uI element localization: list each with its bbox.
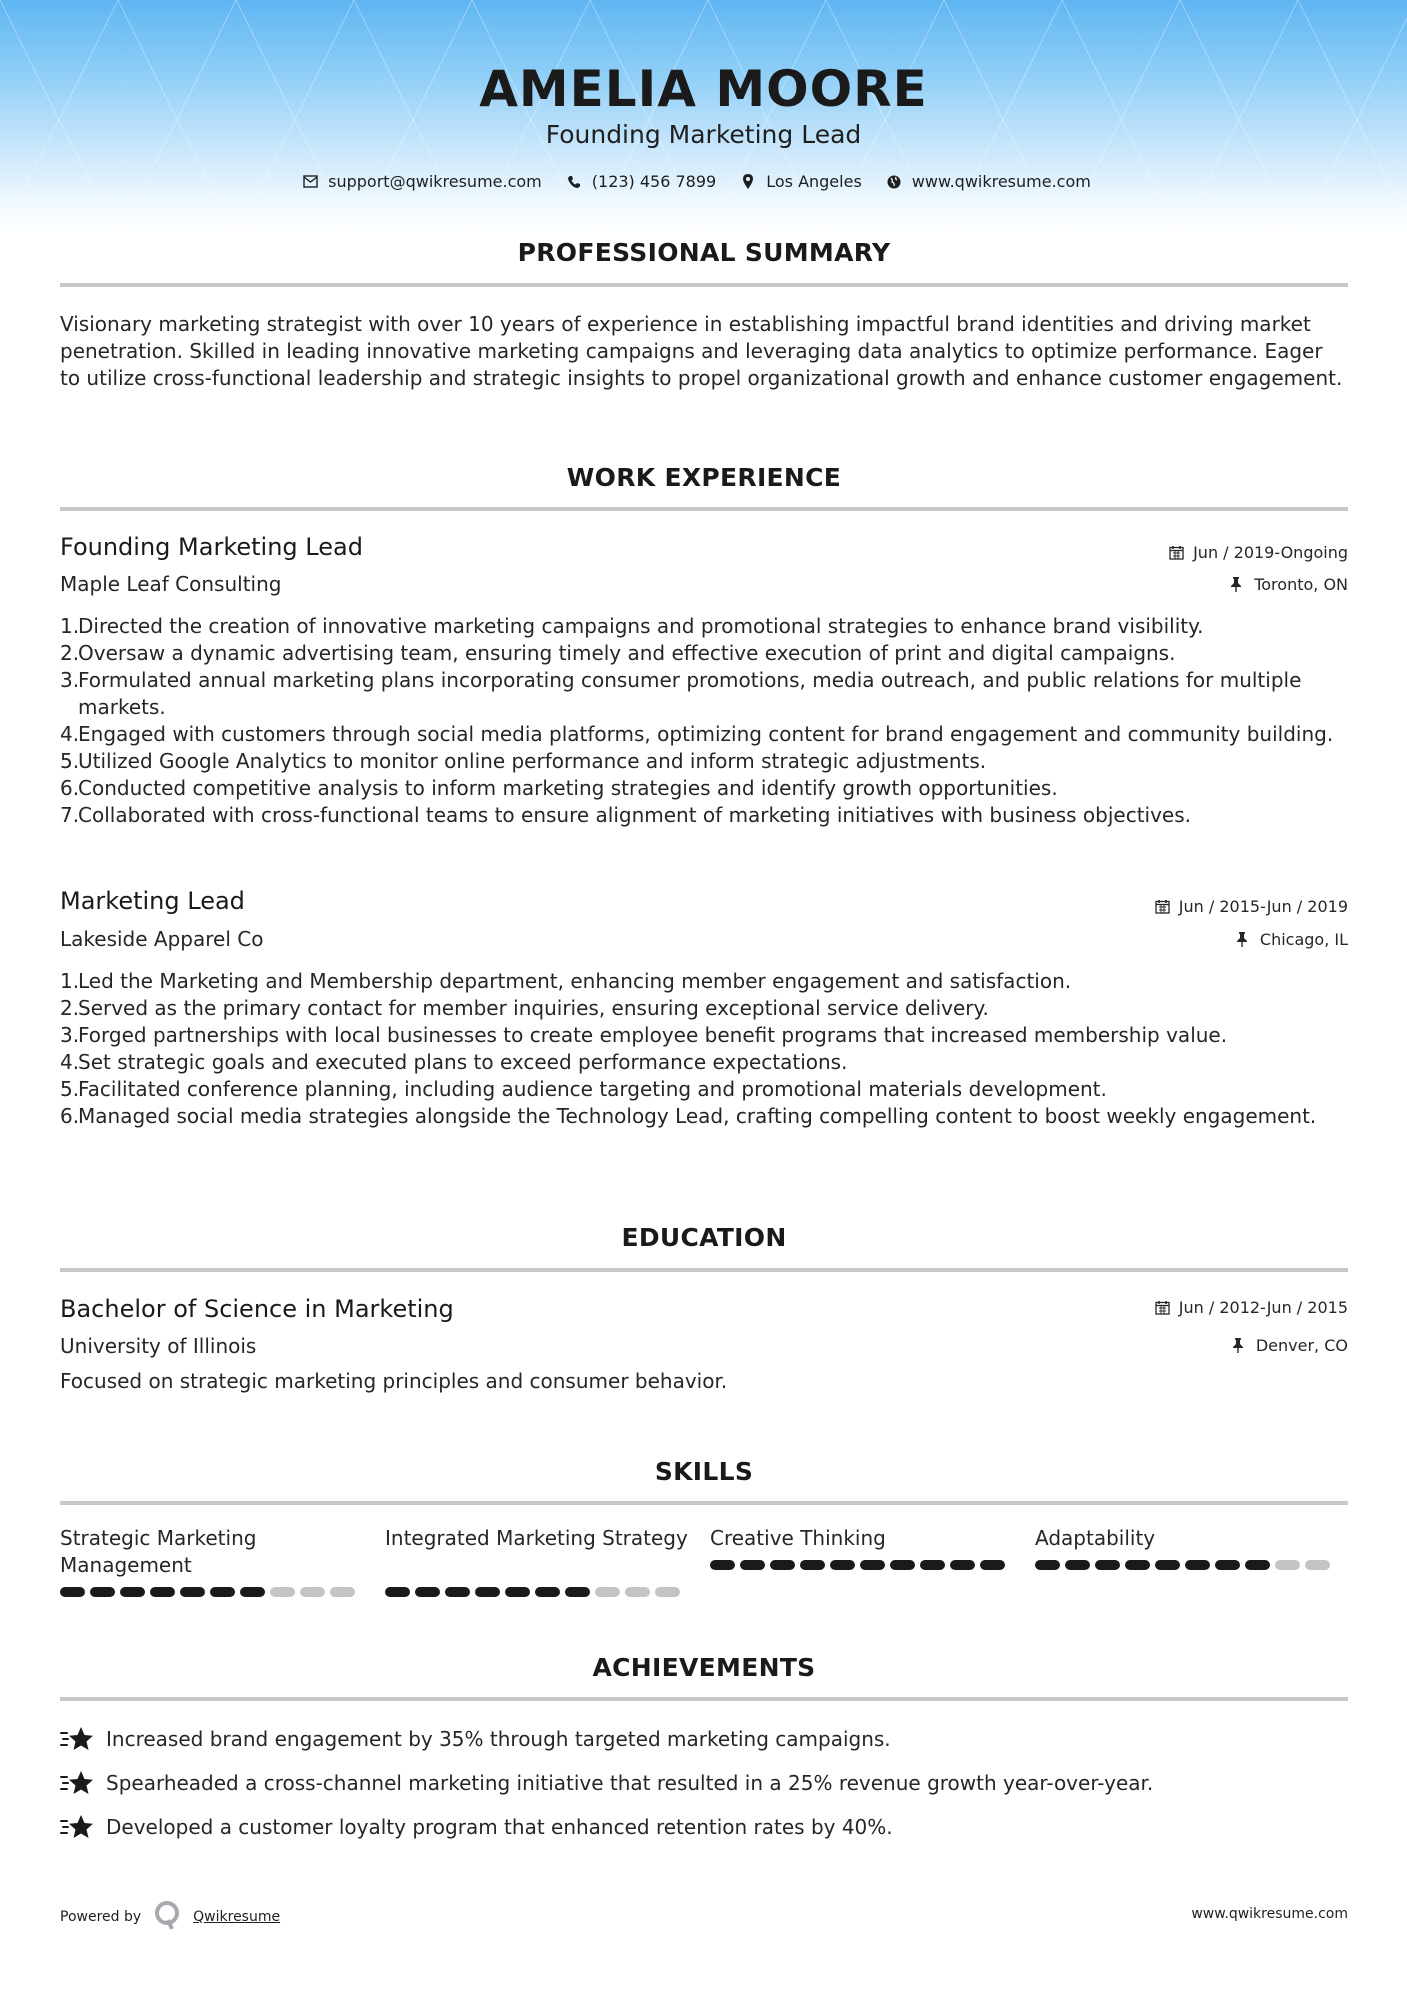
item-text: Engaged with customers through social me… bbox=[78, 722, 1333, 746]
rating-dot bbox=[445, 1587, 470, 1597]
rating-dot bbox=[150, 1587, 175, 1597]
rating-dot bbox=[890, 1560, 915, 1570]
skill-name: Integrated Marketing Strategy bbox=[385, 1525, 710, 1579]
candidate-name: AMELIA MOORE bbox=[0, 60, 1407, 118]
item-text: Directed the creation of innovative mark… bbox=[78, 614, 1203, 638]
rating-dot bbox=[505, 1587, 530, 1597]
item-number: 2. bbox=[60, 640, 79, 667]
company-name: Lakeside Apparel Co bbox=[60, 927, 263, 951]
envelope-icon bbox=[302, 174, 318, 190]
section-title-summary: PROFESSIONAL SUMMARY bbox=[60, 238, 1348, 267]
item-number: 4. bbox=[60, 1049, 79, 1076]
section-divider bbox=[60, 1501, 1348, 1505]
responsibility-item: 3.Formulated annual marketing plans inco… bbox=[60, 667, 1348, 721]
item-number: 3. bbox=[60, 1022, 79, 1049]
section-title-education: EDUCATION bbox=[60, 1223, 1348, 1252]
responsibility-item: 7.Collaborated with cross-functional tea… bbox=[60, 802, 1348, 829]
education-location: Denver, CO bbox=[1232, 1336, 1348, 1355]
contact-phone[interactable]: (123) 456 7899 bbox=[566, 172, 716, 191]
rating-dot bbox=[595, 1587, 620, 1597]
rating-dot bbox=[120, 1587, 145, 1597]
company-name: Maple Leaf Consulting bbox=[60, 572, 281, 596]
responsibility-item: 6.Managed social media strategies alongs… bbox=[60, 1103, 1348, 1130]
section-divider bbox=[60, 283, 1348, 287]
rating-dot bbox=[920, 1560, 945, 1570]
rating-dot bbox=[90, 1587, 115, 1597]
item-text: Oversaw a dynamic advertising team, ensu… bbox=[78, 641, 1175, 665]
job-title: Founding Marketing Lead bbox=[60, 533, 363, 561]
rating-dot bbox=[1215, 1560, 1240, 1570]
skill-rating bbox=[1035, 1560, 1360, 1570]
rating-dot bbox=[1095, 1560, 1120, 1570]
rating-dot bbox=[950, 1560, 975, 1570]
responsibility-item: 5.Facilitated conference planning, inclu… bbox=[60, 1076, 1348, 1103]
pushpin-icon bbox=[1230, 577, 1246, 593]
job-dates: Jun / 2015-Jun / 2019 bbox=[1155, 897, 1348, 916]
section-divider bbox=[60, 507, 1348, 511]
skill-item: Adaptability bbox=[1035, 1525, 1360, 1597]
skill-item: Strategic Marketing Management bbox=[60, 1525, 385, 1597]
item-text: Managed social media strategies alongsid… bbox=[78, 1104, 1316, 1128]
map-marker-icon bbox=[740, 174, 756, 190]
rating-dot bbox=[860, 1560, 885, 1570]
item-text: Led the Marketing and Membership departm… bbox=[78, 969, 1071, 993]
item-text: Formulated annual marketing plans incorp… bbox=[78, 668, 1301, 719]
skills-list: Strategic Marketing Management Integrate… bbox=[60, 1525, 1360, 1597]
item-text: Forged partnerships with local businesse… bbox=[78, 1023, 1227, 1047]
responsibility-item: 2.Oversaw a dynamic advertising team, en… bbox=[60, 640, 1348, 667]
skill-rating bbox=[385, 1587, 710, 1597]
rating-dot bbox=[300, 1587, 325, 1597]
globe-icon bbox=[886, 174, 902, 190]
phone-icon bbox=[566, 174, 582, 190]
item-number: 2. bbox=[60, 995, 79, 1022]
education-dates: Jun / 2012-Jun / 2015 bbox=[1155, 1298, 1348, 1317]
item-text: Set strategic goals and executed plans t… bbox=[78, 1050, 847, 1074]
skill-name: Strategic Marketing Management bbox=[60, 1525, 385, 1579]
rating-dot bbox=[475, 1587, 500, 1597]
skill-rating bbox=[60, 1587, 385, 1597]
qwikresume-logo-icon bbox=[153, 1900, 181, 1934]
job-location: Toronto, ON bbox=[1230, 575, 1348, 594]
education-location-text: Denver, CO bbox=[1256, 1336, 1348, 1355]
resume-header: AMELIA MOORE Founding Marketing Lead sup… bbox=[0, 0, 1407, 235]
job-dates-text: Jun / 2015-Jun / 2019 bbox=[1179, 897, 1348, 916]
item-number: 6. bbox=[60, 1103, 79, 1130]
job-location-text: Chicago, IL bbox=[1260, 930, 1348, 949]
achievement-item: Developed a customer loyalty program tha… bbox=[60, 1812, 1348, 1842]
contact-website-text: www.qwikresume.com bbox=[912, 172, 1091, 191]
rating-dot bbox=[1305, 1560, 1330, 1570]
degree-title: Bachelor of Science in Marketing bbox=[60, 1295, 454, 1323]
rating-dot bbox=[1275, 1560, 1300, 1570]
footer-branding: Powered by Qwikresume bbox=[60, 1900, 280, 1934]
job-dates-text: Jun / 2019-Ongoing bbox=[1193, 543, 1348, 562]
rating-dot bbox=[710, 1560, 735, 1570]
rating-dot bbox=[740, 1560, 765, 1570]
section-divider bbox=[60, 1697, 1348, 1701]
item-text: Facilitated conference planning, includi… bbox=[78, 1077, 1107, 1101]
job-location: Chicago, IL bbox=[1236, 930, 1348, 949]
responsibility-item: 1.Led the Marketing and Membership depar… bbox=[60, 968, 1348, 995]
job-location-text: Toronto, ON bbox=[1254, 575, 1348, 594]
summary-text: Visionary marketing strategist with over… bbox=[60, 311, 1348, 392]
rating-dot bbox=[830, 1560, 855, 1570]
job-dates: Jun / 2019-Ongoing bbox=[1169, 543, 1348, 562]
contact-email-text: support@qwikresume.com bbox=[328, 172, 542, 191]
rating-dot bbox=[210, 1587, 235, 1597]
footer-website[interactable]: www.qwikresume.com bbox=[1191, 1906, 1348, 1922]
section-title-experience: WORK EXPERIENCE bbox=[60, 463, 1348, 492]
section-divider bbox=[60, 1268, 1348, 1272]
achievement-text: Developed a customer loyalty program tha… bbox=[106, 1815, 893, 1839]
pushpin-icon bbox=[1236, 932, 1252, 948]
qwikresume-link[interactable]: Qwikresume bbox=[193, 1909, 280, 1925]
item-number: 5. bbox=[60, 1076, 79, 1103]
shooting-star-icon bbox=[60, 1812, 94, 1842]
job-title: Marketing Lead bbox=[60, 887, 245, 915]
rating-dot bbox=[535, 1587, 560, 1597]
achievement-item: Spearheaded a cross-channel marketing in… bbox=[60, 1768, 1348, 1798]
powered-by-label: Powered by bbox=[60, 1909, 141, 1925]
skill-item: Integrated Marketing Strategy bbox=[385, 1525, 710, 1597]
item-number: 3. bbox=[60, 667, 79, 694]
item-text: Served as the primary contact for member… bbox=[78, 996, 989, 1020]
item-number: 6. bbox=[60, 775, 79, 802]
rating-dot bbox=[415, 1587, 440, 1597]
rating-dot bbox=[800, 1560, 825, 1570]
achievement-text: Increased brand engagement by 35% throug… bbox=[106, 1727, 891, 1751]
rating-dot bbox=[655, 1587, 680, 1597]
contact-website[interactable]: www.qwikresume.com bbox=[886, 172, 1091, 191]
item-number: 1. bbox=[60, 613, 79, 640]
rating-dot bbox=[1125, 1560, 1150, 1570]
job-responsibilities: 1.Led the Marketing and Membership depar… bbox=[60, 968, 1348, 1130]
rating-dot bbox=[565, 1587, 590, 1597]
rating-dot bbox=[1155, 1560, 1180, 1570]
school-name: University of Illinois bbox=[60, 1334, 256, 1358]
job-responsibilities: 1.Directed the creation of innovative ma… bbox=[60, 613, 1348, 829]
item-text: Conducted competitive analysis to inform… bbox=[78, 776, 1058, 800]
rating-dot bbox=[625, 1587, 650, 1597]
shooting-star-icon bbox=[60, 1768, 94, 1798]
item-text: Utilized Google Analytics to monitor onl… bbox=[78, 749, 986, 773]
item-number: 1. bbox=[60, 968, 79, 995]
responsibility-item: 1.Directed the creation of innovative ma… bbox=[60, 613, 1348, 640]
responsibility-item: 2.Served as the primary contact for memb… bbox=[60, 995, 1348, 1022]
achievement-text: Spearheaded a cross-channel marketing in… bbox=[106, 1771, 1153, 1795]
item-number: 7. bbox=[60, 802, 79, 829]
item-number: 4. bbox=[60, 721, 79, 748]
rating-dot bbox=[60, 1587, 85, 1597]
responsibility-item: 3.Forged partnerships with local busines… bbox=[60, 1022, 1348, 1049]
education-dates-text: Jun / 2012-Jun / 2015 bbox=[1179, 1298, 1348, 1317]
rating-dot bbox=[240, 1587, 265, 1597]
skill-name: Adaptability bbox=[1035, 1525, 1360, 1552]
calendar-icon bbox=[1155, 899, 1171, 915]
rating-dot bbox=[1245, 1560, 1270, 1570]
rating-dot bbox=[270, 1587, 295, 1597]
responsibility-item: 6.Conducted competitive analysis to info… bbox=[60, 775, 1348, 802]
achievement-item: Increased brand engagement by 35% throug… bbox=[60, 1724, 1348, 1754]
item-number: 5. bbox=[60, 748, 79, 775]
responsibility-item: 4.Engaged with customers through social … bbox=[60, 721, 1348, 748]
contact-location-text: Los Angeles bbox=[766, 172, 862, 191]
contact-phone-text: (123) 456 7899 bbox=[592, 172, 716, 191]
section-title-achievements: ACHIEVEMENTS bbox=[60, 1653, 1348, 1682]
candidate-headline: Founding Marketing Lead bbox=[0, 120, 1407, 149]
contact-email[interactable]: support@qwikresume.com bbox=[302, 172, 542, 191]
contact-bar: support@qwikresume.com (123) 456 7899 Lo… bbox=[0, 172, 1407, 191]
shooting-star-icon bbox=[60, 1724, 94, 1754]
skill-rating bbox=[710, 1560, 1035, 1570]
calendar-icon bbox=[1169, 545, 1185, 561]
responsibility-item: 4.Set strategic goals and executed plans… bbox=[60, 1049, 1348, 1076]
section-title-skills: SKILLS bbox=[60, 1457, 1348, 1486]
responsibility-item: 5.Utilized Google Analytics to monitor o… bbox=[60, 748, 1348, 775]
item-text: Collaborated with cross-functional teams… bbox=[78, 803, 1191, 827]
rating-dot bbox=[180, 1587, 205, 1597]
rating-dot bbox=[1035, 1560, 1060, 1570]
rating-dot bbox=[385, 1587, 410, 1597]
skill-item: Creative Thinking bbox=[710, 1525, 1035, 1597]
rating-dot bbox=[980, 1560, 1005, 1570]
rating-dot bbox=[1185, 1560, 1210, 1570]
rating-dot bbox=[770, 1560, 795, 1570]
rating-dot bbox=[1065, 1560, 1090, 1570]
skill-name: Creative Thinking bbox=[710, 1525, 1035, 1552]
education-description: Focused on strategic marketing principle… bbox=[60, 1369, 727, 1393]
rating-dot bbox=[330, 1587, 355, 1597]
pushpin-icon bbox=[1232, 1338, 1248, 1354]
contact-location: Los Angeles bbox=[740, 172, 862, 191]
calendar-icon bbox=[1155, 1300, 1171, 1316]
